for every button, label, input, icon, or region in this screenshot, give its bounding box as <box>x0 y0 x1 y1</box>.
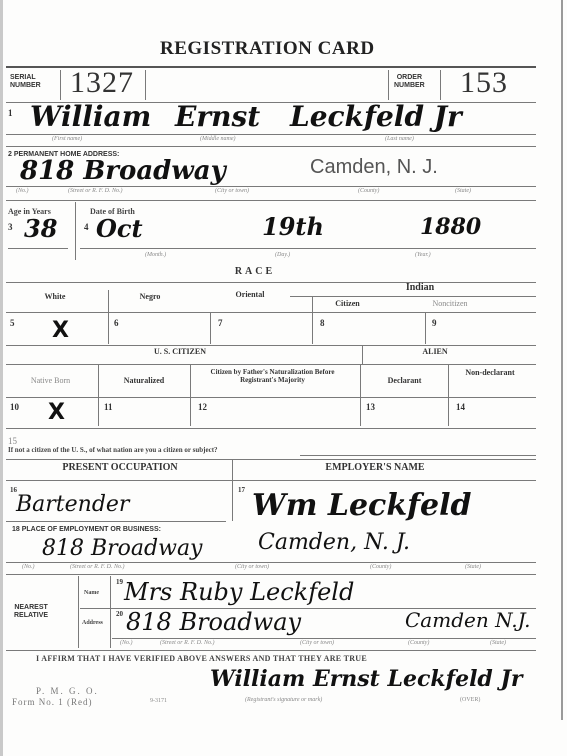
relative-name-label: Name <box>84 590 99 596</box>
alien-heading: ALIEN <box>395 347 475 356</box>
nearest-relative-label: NEARESTRELATIVE <box>14 604 48 620</box>
occupation-heading: PRESENT OCCUPATION <box>30 462 210 473</box>
employment-street: 818 Broadway <box>42 536 203 561</box>
us-citizen-heading: U. S. CITIZEN <box>120 347 240 356</box>
home-city-state: Camden, N. J. <box>310 156 438 179</box>
caption: (Middle name) <box>200 136 236 142</box>
age-value: 38 <box>24 214 57 243</box>
race-indian-noncitizen-label: Noncitizen <box>400 299 500 308</box>
occupation-value: Bartender <box>16 492 129 517</box>
divider <box>232 459 233 521</box>
caption: (State) <box>455 188 471 194</box>
card-left-edge <box>0 0 3 756</box>
serial-number-label: SERIALNUMBER <box>10 74 41 90</box>
native-born-label: Native Born <box>8 376 93 385</box>
home-street: 818 Broadway <box>20 156 226 186</box>
field-number: 20 <box>116 610 123 618</box>
employment-city-state: Camden, N. J. <box>258 530 410 555</box>
birth-day: 19th <box>262 212 324 241</box>
caption: (No.) <box>22 564 35 570</box>
divider <box>6 146 536 147</box>
divider <box>110 576 111 648</box>
relative-address-city: Camden N.J. <box>405 608 530 632</box>
divider <box>145 70 146 100</box>
field-number: 1 <box>8 108 13 118</box>
order-number-value: 153 <box>460 66 508 100</box>
affirmation-text: I AFFIRM THAT I HAVE VERIFIED ABOVE ANSW… <box>36 654 367 663</box>
caption: (City or town) <box>235 564 269 570</box>
first-name: William <box>30 100 151 133</box>
caption: (City or town) <box>300 640 334 646</box>
field-number: 7 <box>218 318 223 328</box>
divider <box>290 296 536 297</box>
last-name: Leckfeld Jr <box>290 100 462 133</box>
caption: (First name) <box>52 136 82 142</box>
divider <box>300 455 536 456</box>
registrant-signature: William Ernst Leckfeld Jr <box>210 666 522 692</box>
divider <box>80 248 536 249</box>
divider <box>6 428 536 429</box>
field-number: 17 <box>238 486 245 494</box>
serial-number-value: 1327 <box>70 66 134 100</box>
caption: (Last name) <box>385 136 414 142</box>
form-number-label: Form No. 1 (Red) <box>12 697 93 707</box>
divider <box>362 345 363 365</box>
divider <box>6 364 536 365</box>
caption: (No.) <box>120 640 133 646</box>
native-born-mark: X <box>48 400 65 425</box>
caption: (No.) <box>16 188 29 194</box>
caption: (State) <box>490 640 506 646</box>
middle-name: Ernst <box>175 100 260 133</box>
nation-question: If not a citizen of the U. S., of what n… <box>8 446 218 454</box>
citizen-by-fathers-naturalization-label: Citizen by Father's Naturalization Befor… <box>195 368 350 384</box>
naturalized-label: Naturalized <box>100 376 188 385</box>
divider <box>60 70 61 100</box>
divider <box>190 364 191 426</box>
field-number: 3 <box>8 222 13 232</box>
divider <box>440 70 441 100</box>
divider <box>425 312 426 344</box>
registration-card: REGISTRATION CARD SERIALNUMBER 1327 ORDE… <box>0 0 567 756</box>
field-number: 6 <box>114 318 119 328</box>
relative-address-street: 818 Broadway <box>126 608 301 636</box>
divider <box>6 574 536 575</box>
signature-caption: (Registrant's signature or mark) <box>245 697 322 703</box>
caption: (Street or R. F. D. No.) <box>70 564 125 570</box>
field-number: 13 <box>366 402 375 412</box>
divider <box>6 134 536 135</box>
field-number: 11 <box>104 402 113 412</box>
caption: (State) <box>465 564 481 570</box>
caption: (County) <box>408 640 429 646</box>
divider <box>360 364 361 426</box>
divider <box>6 521 226 522</box>
card-right-edge <box>561 0 563 720</box>
divider <box>112 638 536 639</box>
divider <box>6 650 536 651</box>
form-code: 9-3171 <box>150 698 167 704</box>
caption: (County) <box>370 564 391 570</box>
divider <box>6 397 536 398</box>
field-number: 9 <box>432 318 437 328</box>
race-white-label: White <box>10 292 100 301</box>
over-label: (OVER) <box>460 697 480 703</box>
field-number: 5 <box>10 318 15 328</box>
field-number: 8 <box>320 318 325 328</box>
caption: (Street or R. F. D. No.) <box>68 188 123 194</box>
field-number: 12 <box>198 402 207 412</box>
field-number: 14 <box>456 402 465 412</box>
divider <box>6 200 536 201</box>
relative-address-label: Address <box>82 620 103 626</box>
divider <box>448 364 449 426</box>
field-number: 19 <box>116 578 123 586</box>
divider <box>6 186 536 187</box>
divider <box>312 296 313 344</box>
divider <box>6 345 536 346</box>
divider <box>6 480 536 481</box>
employer-heading: EMPLOYER'S NAME <box>285 462 465 473</box>
card-title: REGISTRATION CARD <box>160 38 375 60</box>
order-number-label: ORDERNUMBER <box>394 74 425 90</box>
employer-value: Wm Leckfeld <box>252 488 471 523</box>
race-white-mark: X <box>52 318 69 343</box>
divider <box>98 364 99 426</box>
pmgo-label: P. M. G. O. <box>36 686 99 696</box>
caption: (City or town) <box>215 188 249 194</box>
divider <box>75 202 76 260</box>
relative-name-value: Mrs Ruby Leckfeld <box>124 578 354 606</box>
caption: (County) <box>358 188 379 194</box>
race-oriental-label: Oriental <box>205 290 295 299</box>
non-declarant-label: Non-declarant <box>450 368 530 377</box>
caption: (Street or R. F. D. No.) <box>160 640 215 646</box>
race-negro-label: Negro <box>105 292 195 301</box>
field-number: 4 <box>84 222 89 232</box>
caption: (Year.) <box>415 252 431 258</box>
divider <box>210 312 211 344</box>
field-number: 10 <box>10 402 19 412</box>
divider <box>108 290 109 344</box>
birth-month: Oct <box>96 214 143 243</box>
divider <box>8 248 68 249</box>
race-heading: RACE <box>225 266 285 277</box>
caption: (Month.) <box>145 252 166 258</box>
caption: (Day.) <box>275 252 290 258</box>
birth-year: 1880 <box>420 214 481 240</box>
race-indian-citizen-label: Citizen <box>300 299 395 308</box>
declarant-label: Declarant <box>362 376 447 385</box>
divider <box>78 576 79 648</box>
place-of-employment-label: 18 PLACE OF EMPLOYMENT OR BUSINESS: <box>12 526 161 534</box>
divider <box>6 562 536 563</box>
field-number: 15 <box>8 436 17 446</box>
indian-heading: Indian <box>370 282 470 293</box>
divider <box>6 459 536 460</box>
divider <box>388 70 389 100</box>
divider <box>6 312 536 313</box>
